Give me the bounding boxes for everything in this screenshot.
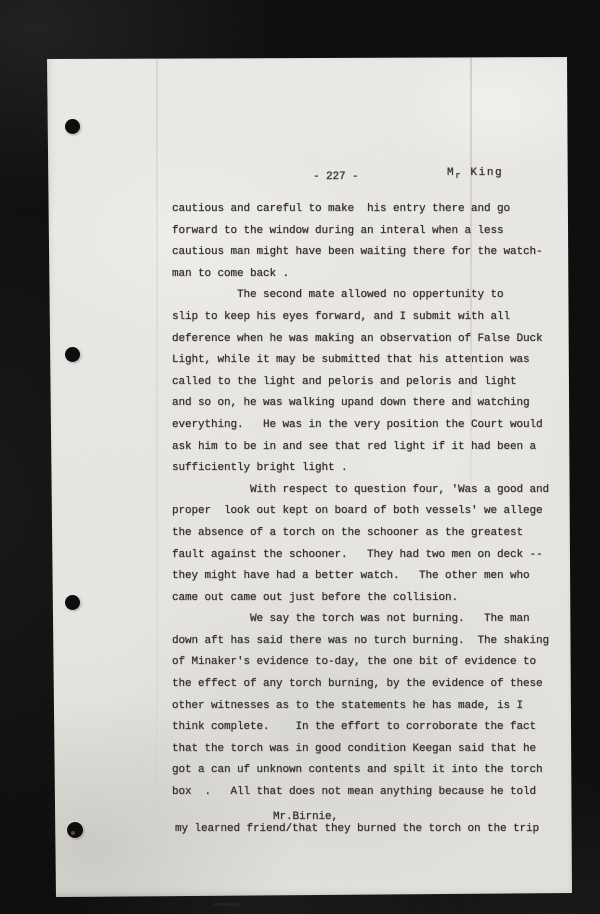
typed-line: deference when he was making an observat… [172, 329, 576, 351]
typed-line: slip to keep his eyes forward, and I sub… [172, 307, 576, 329]
typed-line: came out came out just before the collis… [172, 588, 576, 610]
punch-hole [65, 347, 80, 362]
typed-line: box . All that does not mean anything be… [172, 782, 576, 804]
typed-line: sufficiently bright light . [172, 458, 576, 480]
interlined-insertion: Mr.Birnie, [273, 812, 338, 823]
typed-line: they might have had a better watch. The … [172, 566, 576, 588]
typed-line: got a can uf unknown contents and spilt … [172, 760, 576, 782]
punch-hole [67, 822, 83, 838]
typed-line: the absence of a torch on the schooner a… [172, 523, 576, 545]
typed-line: Light, while it may be submitted that hi… [172, 350, 576, 372]
punch-hole [65, 595, 80, 610]
typed-line: and so on, he was walking upand down the… [172, 393, 576, 415]
typed-line: cautious and careful to make his entry t… [172, 199, 576, 221]
typed-line: of Minaker's evidence to-day, the one bi… [172, 652, 576, 674]
paper-sheet: - 227 - Mr King cautious and careful to … [44, 54, 576, 900]
typed-text-block: cautious and careful to make his entry t… [172, 199, 576, 804]
paper-speck [71, 831, 75, 835]
typed-line: other witnesses as to the statements he … [172, 696, 576, 718]
typed-line: The second mate allowed no oppertunity t… [172, 285, 576, 307]
last-typed-line: my learned friend/that they burned the t… [175, 824, 539, 835]
dust-mark [213, 903, 239, 906]
typed-line: ask him to be in and see that red light … [172, 437, 576, 459]
typed-line: that the torch was in good condition Kee… [172, 739, 576, 761]
typed-line: cautious man might have been waiting the… [172, 242, 576, 264]
speaker-label: Mr King [447, 168, 503, 181]
typed-line: think complete. In the effort to corrobo… [172, 717, 576, 739]
scanned-document-page: - 227 - Mr King cautious and careful to … [0, 0, 600, 914]
typed-line: the effect of any torch burning, by the … [172, 674, 576, 696]
typed-line: called to the light and peloris and pelo… [172, 372, 576, 394]
paper-crease [156, 58, 158, 896]
typed-line: man to come back . [172, 264, 576, 286]
typed-line: forward to the window during an interal … [172, 221, 576, 243]
typed-line: We say the torch was not burning. The ma… [172, 609, 576, 631]
typed-line: With respect to question four, 'Was a go… [172, 480, 576, 502]
typed-line: proper look out kept on board of both ve… [172, 501, 576, 523]
typed-line: down aft has said there was no turch bur… [172, 631, 576, 653]
page-number: - 227 - [313, 172, 359, 183]
speaker-surname: King [462, 167, 503, 179]
typed-line: everything. He was in the very position … [172, 415, 576, 437]
speaker-initial: M [447, 167, 455, 179]
typed-line: fault against the schooner. They had two… [172, 545, 576, 567]
punch-hole [65, 119, 80, 134]
